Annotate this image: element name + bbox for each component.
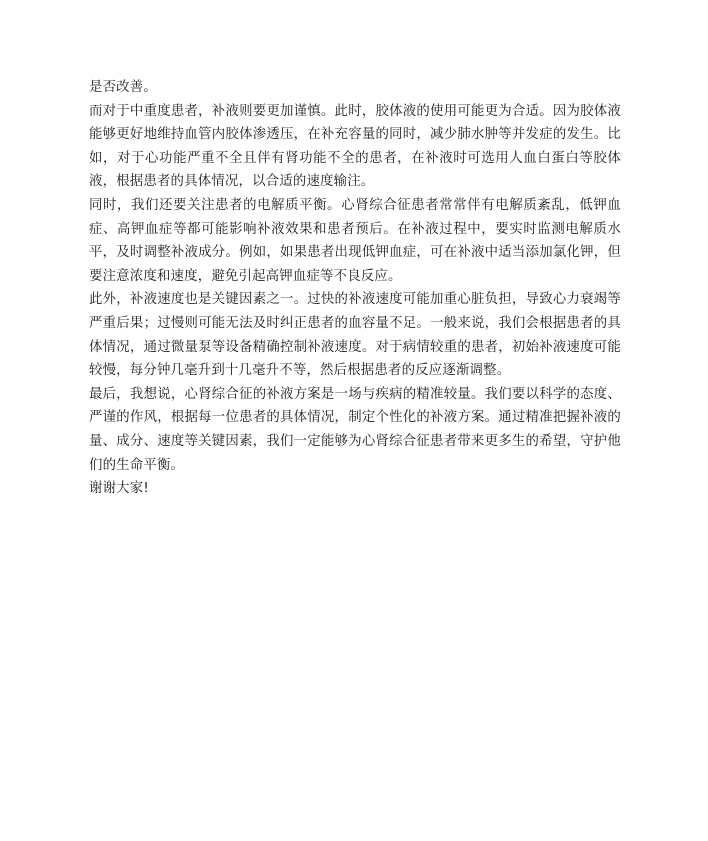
paragraph-thanks: 谢谢大家! (89, 477, 621, 501)
paragraph-continuation: 是否改善。 (89, 76, 621, 100)
paragraph-severe-patients: 而对于中重度患者，补液则要更加谨慎。此时，胶体液的使用可能更为合适。因为胶体液能… (89, 100, 621, 194)
paragraph-conclusion: 最后，我想说，心肾综合征的补液方案是一场与疾病的精准较量。我们要以科学的态度、严… (89, 383, 621, 477)
paragraph-electrolyte-balance: 同时，我们还要关注患者的电解质平衡。心肾综合征患者常常伴有电解质紊乱，低钾血症、… (89, 194, 621, 288)
paragraph-infusion-speed: 此外，补液速度也是关键因素之一。过快的补液速度可能加重心脏负担，导致心力衰竭等严… (89, 288, 621, 382)
document-page: 是否改善。 而对于中重度患者，补液则要更加谨慎。此时，胶体液的使用可能更为合适。… (89, 76, 621, 501)
